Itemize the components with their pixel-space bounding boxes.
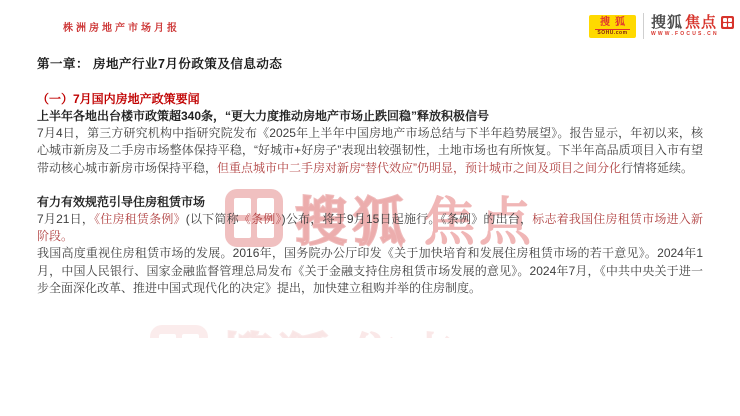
section2-heading: 有力有效规范引导住房租赁市场 bbox=[37, 194, 703, 211]
report-page: 搜狐 焦点 搜狐 焦点 株洲房地产市场月报 搜狐 SOHU.com 搜狐 焦点 … bbox=[0, 0, 740, 416]
focus-watermark-ghost: 搜狐 焦点 bbox=[150, 316, 460, 338]
section1-paragraph-highlight: 但重点城市中二手房对新房“替代效应”仍明显，预计城市之间及项目之间分化 bbox=[217, 161, 621, 175]
section2-paragraph-2: 我国高度重视住房租赁市场的发展。2016年，国务院办公厅印发《关于加快培育和发展… bbox=[37, 245, 703, 297]
focus-logo-focus: 焦点 bbox=[685, 15, 717, 30]
section2-paragraph-1: 7月21日，《住房租赁条例》(以下简称《条例》)公布，将于9月15日起施行。《条… bbox=[37, 211, 703, 246]
sohu-logo: 搜狐 SOHU.com bbox=[589, 15, 636, 38]
header-logos: 搜狐 SOHU.com 搜狐 焦点 WWW.FOCUS.CN bbox=[589, 13, 734, 39]
page-title: 第一章： 房地产行业7月份政策及信息动态 bbox=[37, 54, 703, 72]
sohu-logo-domain: SOHU.com bbox=[597, 31, 627, 36]
sohu-logo-text: 搜狐 bbox=[595, 18, 630, 30]
section2-p1-text-2: (以下简称 bbox=[186, 212, 239, 226]
logo-divider bbox=[643, 13, 644, 39]
section1-heading: （一）7月国内房地产政策要闻 bbox=[37, 91, 703, 108]
section2-p1-text-3: )公布，将于9月15日起施行。《条例》的出台， bbox=[282, 212, 533, 226]
focus-house-icon bbox=[150, 325, 208, 339]
section1-paragraph: 7月4日，第三方研究机构中指研究院发布《2025年上半年中国房地产市场总结与下半… bbox=[37, 125, 703, 177]
focus-logo-brand: 搜狐 bbox=[651, 15, 683, 30]
report-series-label: 株洲房地产市场月报 bbox=[63, 19, 180, 34]
section2-p1-text: 7月21日， bbox=[37, 212, 94, 226]
section1-subheading: 上半年各地出台楼市政策超340条，“更大力度推动房地产市场止跌回稳”释放积极信号 bbox=[37, 108, 703, 125]
focus-seal-icon bbox=[721, 16, 734, 29]
focus-logo-domain: WWW.FOCUS.CN bbox=[651, 32, 734, 37]
section1-paragraph-text-end: 行情将延续。 bbox=[621, 161, 693, 175]
sohu-focus-logo: 搜狐 焦点 WWW.FOCUS.CN bbox=[651, 15, 734, 37]
section2-p1-highlight-1: 《住房租赁条例》 bbox=[94, 212, 186, 226]
section2-p1-highlight-2: 《条例》 bbox=[239, 212, 282, 226]
report-content: 第一章： 房地产行业7月份政策及信息动态 （一）7月国内房地产政策要闻 上半年各… bbox=[37, 54, 703, 297]
